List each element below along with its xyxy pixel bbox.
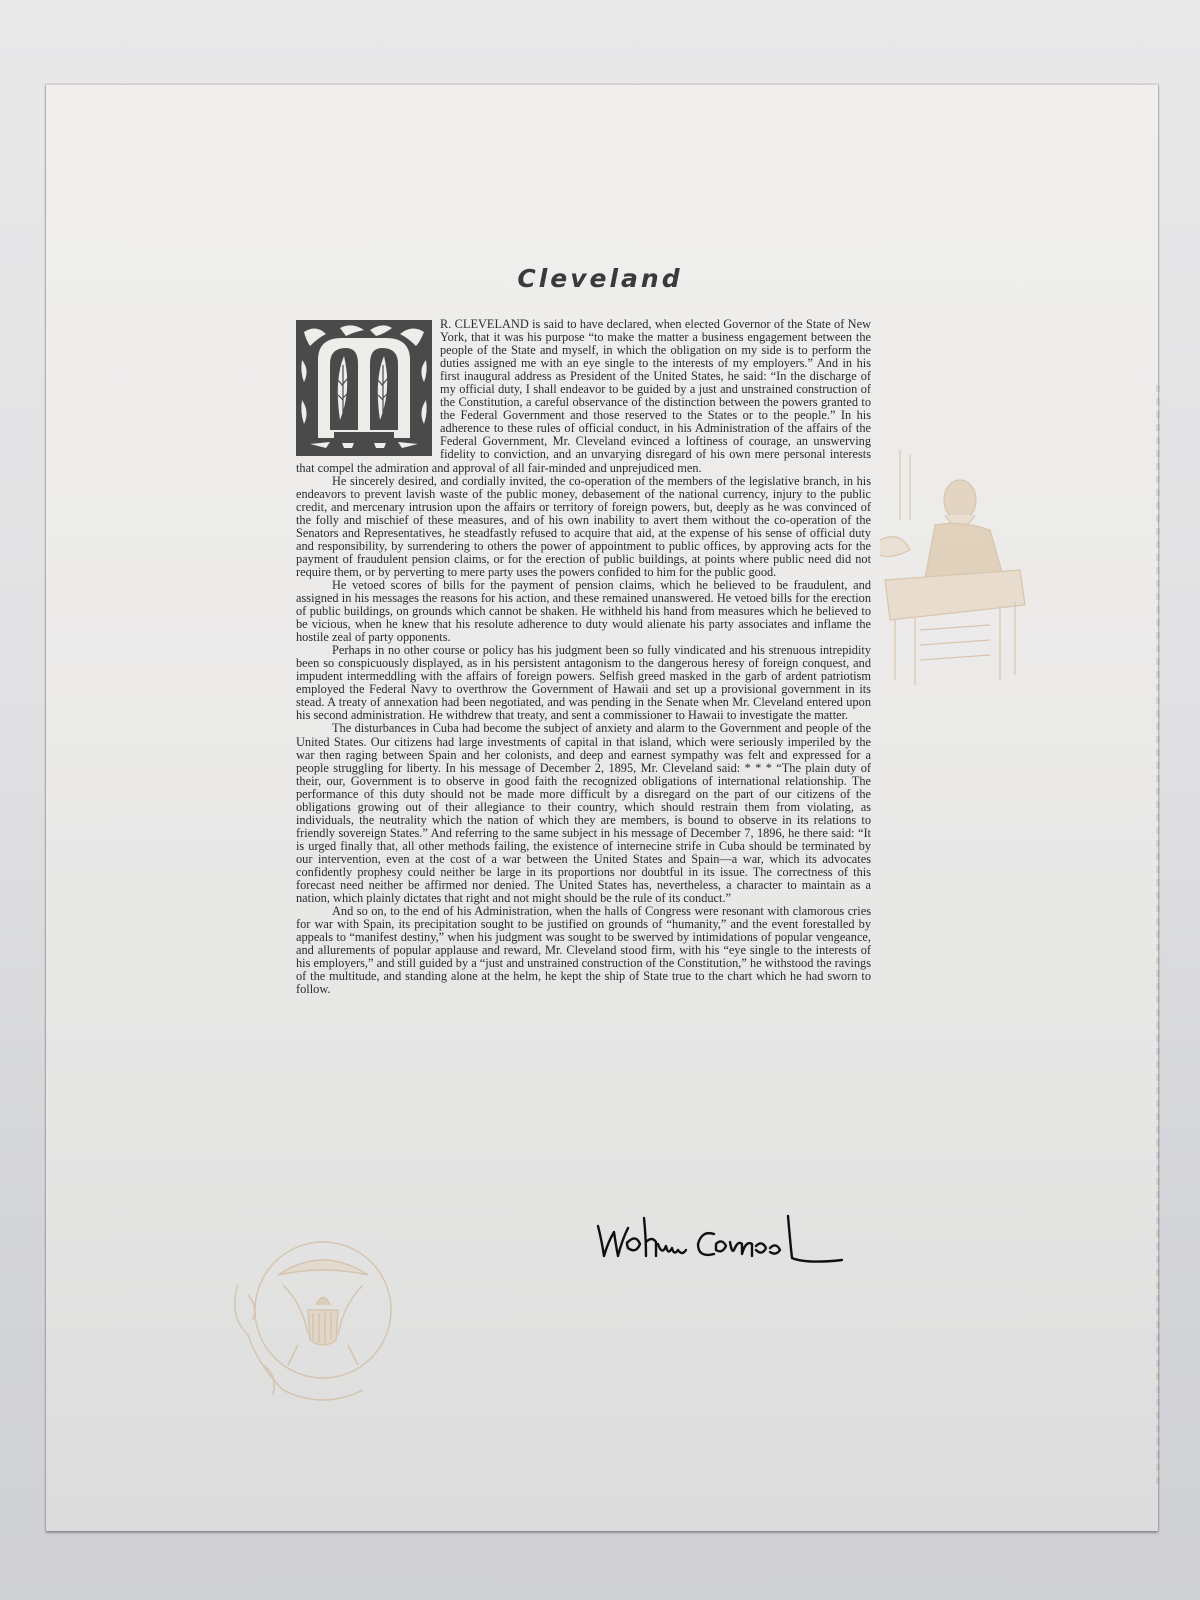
portrait-watermark-icon bbox=[880, 430, 1030, 690]
page-title: Cleveland bbox=[0, 264, 1200, 293]
paragraph: He sincerely desired, and cordially invi… bbox=[296, 475, 871, 579]
article-body: R. CLEVELAND is said to have declared, w… bbox=[296, 318, 871, 996]
drop-cap-m-icon bbox=[296, 320, 432, 456]
paragraph: And so on, to the end of his Administrat… bbox=[296, 905, 871, 996]
paragraph: The disturbances in Cuba had become the … bbox=[296, 722, 871, 905]
handwritten-signature-icon bbox=[592, 1212, 872, 1272]
paragraph: He vetoed scores of bills for the paymen… bbox=[296, 579, 871, 644]
deckled-edge bbox=[1156, 385, 1160, 1485]
eagle-seal-watermark-icon bbox=[228, 1225, 413, 1415]
paragraph: Perhaps in no other course or policy has… bbox=[296, 644, 871, 722]
